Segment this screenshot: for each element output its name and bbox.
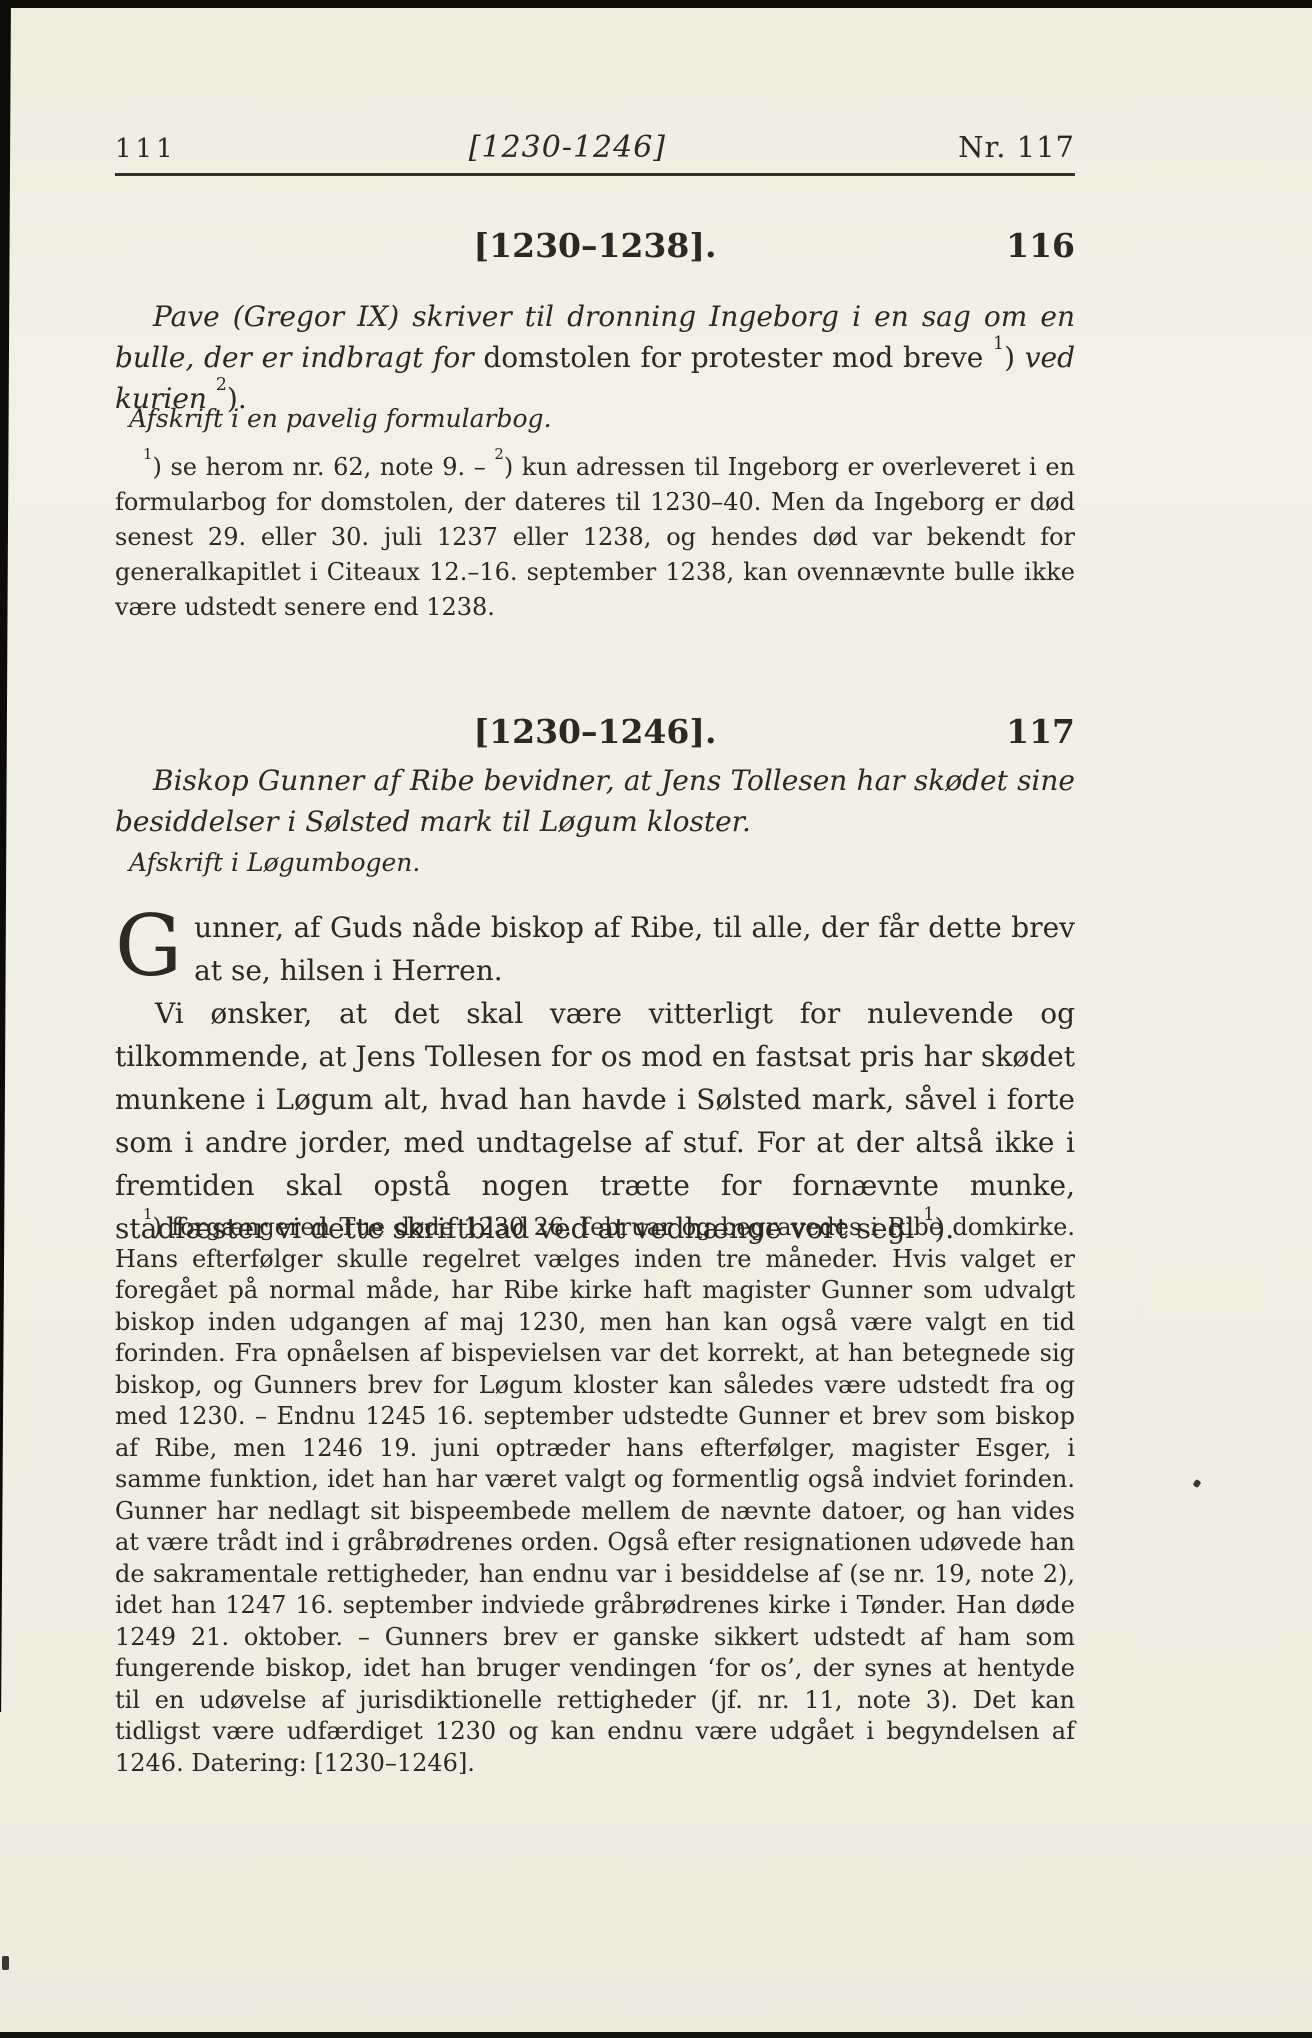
- entry-117-footnote: 1) forgængeren Tue døde 1230 26. februar…: [115, 1212, 1075, 1779]
- running-header: 111 [1230-1246] Nr. 117: [115, 130, 1075, 176]
- entry-116-number: 116: [1006, 226, 1075, 265]
- entry-116-regest: Pave (Gregor IX) skriver til dronning In…: [115, 296, 1075, 419]
- entry-116-heading: [1230–1238]. 116: [115, 226, 1075, 265]
- scan-speck: [2, 1956, 9, 1970]
- entry-117-footnote-text: 1) forgængeren Tue døde 1230 26. februar…: [115, 1213, 1075, 1777]
- entry-117-source: Afskrift i Løgumbogen.: [129, 848, 420, 877]
- scan-edge-bottom: [0, 2032, 1312, 2038]
- entry-117-heading: [1230–1246]. 117: [115, 712, 1075, 751]
- entry-117-regest: Biskop Gunner af Ribe bevidner, at Jens …: [115, 760, 1075, 842]
- header-date-range: [1230-1246]: [177, 130, 959, 165]
- entry-117-date: [1230–1246].: [474, 712, 717, 751]
- body-paragraph-1-text: unner, af Guds nåde biskop af Ribe, til …: [194, 911, 1075, 987]
- header-number-ref: Nr. 117: [958, 130, 1075, 164]
- entry-116-source: Afskrift i en pavelig formularbog.: [129, 404, 552, 433]
- dropcap-initial: G: [115, 906, 194, 982]
- header-rule: [115, 173, 1075, 176]
- page-number: 111: [115, 134, 177, 164]
- entry-116-footnote: 1) se herom nr. 62, note 9. – 2) kun adr…: [115, 450, 1075, 625]
- entry-116-date: [1230–1238].: [474, 226, 717, 265]
- body-paragraph-1: Gunner, af Guds nåde biskop af Ribe, til…: [115, 906, 1075, 992]
- entry-116-footnote-text: 1) se herom nr. 62, note 9. – 2) kun adr…: [115, 453, 1075, 621]
- entry-117-number: 117: [1006, 712, 1075, 751]
- entry-117-body: Gunner, af Guds nåde biskop af Ribe, til…: [115, 906, 1075, 1250]
- scan-edge-top: [0, 0, 1312, 8]
